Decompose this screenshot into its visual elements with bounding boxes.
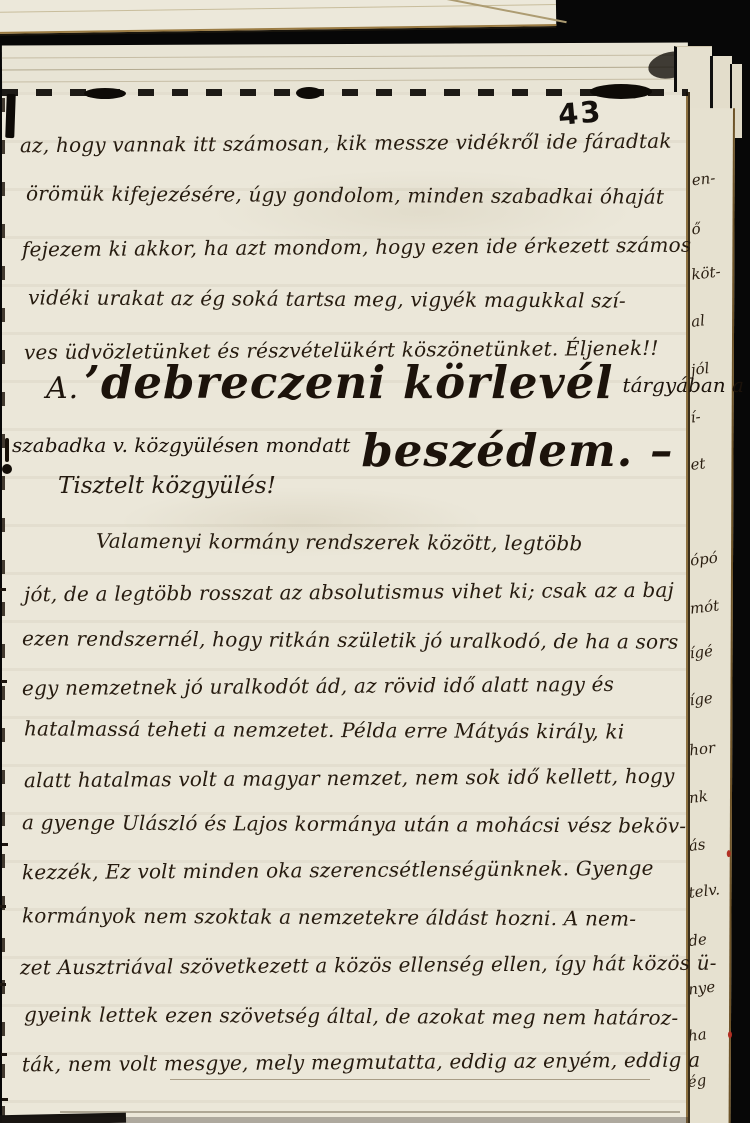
speech-title-line-1: A. ’debreczeni körlevél tárgyában a <box>46 356 740 409</box>
handwritten-line: ezen rendszernél, hogy ritkán születik j… <box>22 626 679 653</box>
margin-fragment: ópó <box>689 549 719 570</box>
handwritten-line: jót, de a legtöbb rosszat az absolutismu… <box>24 578 674 607</box>
margin-fragment: ég <box>687 1071 707 1091</box>
handwritten-line: ták, nem volt mesgye, mely megmutatta, e… <box>22 1048 700 1077</box>
stack-edge-line <box>2 67 688 71</box>
margin-fragment: í- <box>690 408 702 427</box>
margin-tick <box>1 680 7 683</box>
margin-tick <box>2 1098 8 1101</box>
manuscript-scan: en- ő köt- al jól í- et ópó mót ígé íge … <box>0 0 750 1123</box>
handwritten-line: fejezem ki akkor, ha azt mondom, hogy ez… <box>22 233 691 262</box>
margin-fragment: telv. <box>688 880 721 902</box>
handwritten-line: az, hogy vannak itt számosan, kik messze… <box>20 129 672 158</box>
margin-exclamation-stroke <box>5 438 9 462</box>
margin-exclamation-dot <box>2 464 12 474</box>
heading-prefix: A. <box>46 371 79 406</box>
margin-tick <box>0 983 6 986</box>
red-speck <box>728 1031 732 1038</box>
faint-pencil-line <box>170 1079 650 1080</box>
margin-fragment: köt- <box>690 262 721 283</box>
page-left-edge <box>2 98 5 1116</box>
margin-tick <box>0 588 6 591</box>
margin-fragment: nye <box>687 978 716 999</box>
margin-fragment: en- <box>691 169 717 190</box>
heading-suffix-small: tárgyában a <box>623 373 744 397</box>
red-speck <box>727 850 731 857</box>
margin-fragment: nk <box>688 787 709 807</box>
margin-tick <box>0 905 6 908</box>
stack-edge-line <box>2 79 688 83</box>
ink-blot <box>84 88 126 99</box>
page-bottom-edge-line <box>60 1111 680 1113</box>
previous-page-rule-line <box>0 4 556 13</box>
salutation: Tisztelt közgyülés! <box>58 473 276 499</box>
handwritten-line: a gyenge Ulászló és Lajos kormánya után … <box>22 810 686 837</box>
heading-title-large: ’debreczeni körlevél <box>84 356 613 409</box>
margin-fragment: íge <box>688 689 713 710</box>
margin-fragment: ás <box>688 835 707 855</box>
handwritten-line: alatt hatalmas volt a magyar nemzet, nem… <box>24 764 675 793</box>
margin-tick <box>1 1053 7 1056</box>
margin-fragment: ő <box>690 220 701 239</box>
heading-line2-large: beszédem. – <box>361 424 673 477</box>
speech-title-line-2: szabadka v. közgyülésen mondatt beszédem… <box>12 424 668 477</box>
handwritten-line: Valamenyi kormány rendszerek között, leg… <box>96 529 582 556</box>
margin-fragment: de <box>687 930 707 950</box>
handwritten-line: egy nemzetnek jó uralkodót ád, az rövid … <box>22 672 614 700</box>
handwritten-line: gyeink lettek ezen szövetség által, de a… <box>24 1002 679 1029</box>
handwritten-line: zet Ausztriával szövetkezett a közös ell… <box>20 951 717 980</box>
handwritten-line: kezzék, Ez volt minden oka szerencsétlen… <box>22 856 654 884</box>
handwritten-line: kormányok nem szoktak a nemzetekre áldás… <box>22 903 636 930</box>
handwritten-line: vidéki urakat az ég soká tartsa meg, vig… <box>28 285 626 312</box>
handwritten-line: örömük kifejezésére, úgy gondolom, minde… <box>26 181 664 208</box>
margin-fragment: et <box>689 454 706 474</box>
bottom-shade <box>2 1117 688 1123</box>
margin-tick <box>2 843 8 846</box>
margin-fragment: ha <box>687 1025 708 1045</box>
handwritten-line: hatalmassá teheti a nemzetet. Példa erre… <box>24 716 625 743</box>
ink-mark-left <box>5 94 16 138</box>
margin-fragment: hor <box>688 739 716 760</box>
margin-fragment: al <box>690 311 706 330</box>
heading-line2-small: szabadka v. közgyülésen mondatt <box>12 433 350 457</box>
stack-edge-line <box>2 55 688 59</box>
page-number: 43 <box>557 94 604 132</box>
ink-blot <box>296 87 322 99</box>
margin-fragment: ígé <box>689 642 714 663</box>
margin-fragment: mót <box>689 596 720 617</box>
